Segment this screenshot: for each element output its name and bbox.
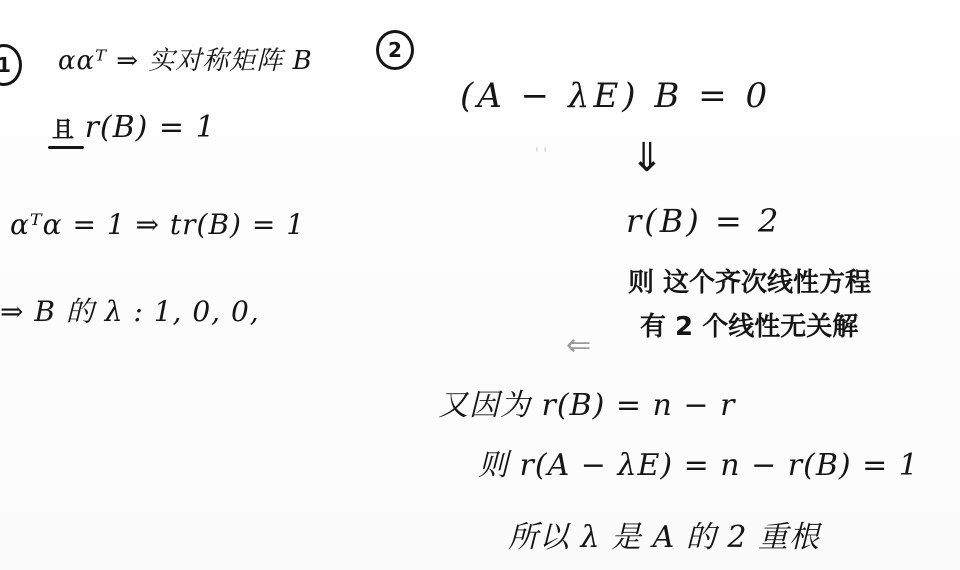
- rank-b-equals-2: r(B) = 2: [626, 202, 781, 240]
- rank-b-equals-1: r(B) = 1: [85, 110, 216, 145]
- rank-a-minus-lambda-e: 则 r(A − λE) = n − r(B) = 1: [478, 448, 919, 483]
- matrix-equation: (A − λE) B = 0: [460, 76, 771, 116]
- outer-product-statement: ααᵀ ⇒ 实对称矩阵 B: [58, 46, 313, 76]
- section-1-line-2: 且 r(B) = 1: [52, 110, 216, 145]
- section-1-line-1: ααᵀ ⇒ 实对称矩阵 B: [58, 40, 313, 77]
- faint-marks: ' ': [535, 146, 547, 162]
- section-2-note-line-2: 有 2 个线性无关解: [640, 306, 858, 343]
- section-2-marker: 2: [376, 30, 414, 70]
- eigenvalues-of-b: ⇒ B 的 λ : 1, 0, 0,: [0, 295, 260, 328]
- section-2-rank: r(B) = 2: [626, 202, 781, 240]
- left-arrow-sketch-icon: ⇐: [566, 328, 591, 363]
- implies-down-arrow-icon: ⇓: [630, 138, 664, 178]
- handwritten-note-page: 1 ααᵀ ⇒ 实对称矩阵 B 且 r(B) = 1 αᵀα = 1 ⇒ tr(…: [0, 0, 960, 570]
- section-2-then: 则 r(A − λE) = n − r(B) = 1: [478, 440, 919, 484]
- section-1-line-4: ⇒ B 的 λ : 1, 0, 0,: [0, 290, 260, 330]
- section-2-equation: (A − λE) B = 0: [460, 76, 771, 116]
- section-2-because: 又因为 r(B) = n − r: [438, 380, 735, 424]
- and-prefix: 且: [52, 118, 74, 143]
- underline-mark: [48, 146, 84, 149]
- section-1-line-3: αᵀα = 1 ⇒ tr(B) = 1: [10, 208, 305, 241]
- section-2-conclusion: 所以 λ 是 A 的 2 重根: [508, 512, 820, 556]
- homogeneous-system-note: 则 这个齐次线性方程: [628, 268, 871, 298]
- trace-statement: αᵀα = 1 ⇒ tr(B) = 1: [10, 208, 305, 241]
- independent-solutions-note: 有 2 个线性无关解: [640, 312, 858, 342]
- rank-relation: 又因为 r(B) = n − r: [438, 388, 735, 423]
- section-2-note-line-1: 则 这个齐次线性方程: [628, 262, 871, 299]
- section-1-marker: 1: [0, 44, 22, 86]
- double-root-conclusion: 所以 λ 是 A 的 2 重根: [508, 520, 820, 555]
